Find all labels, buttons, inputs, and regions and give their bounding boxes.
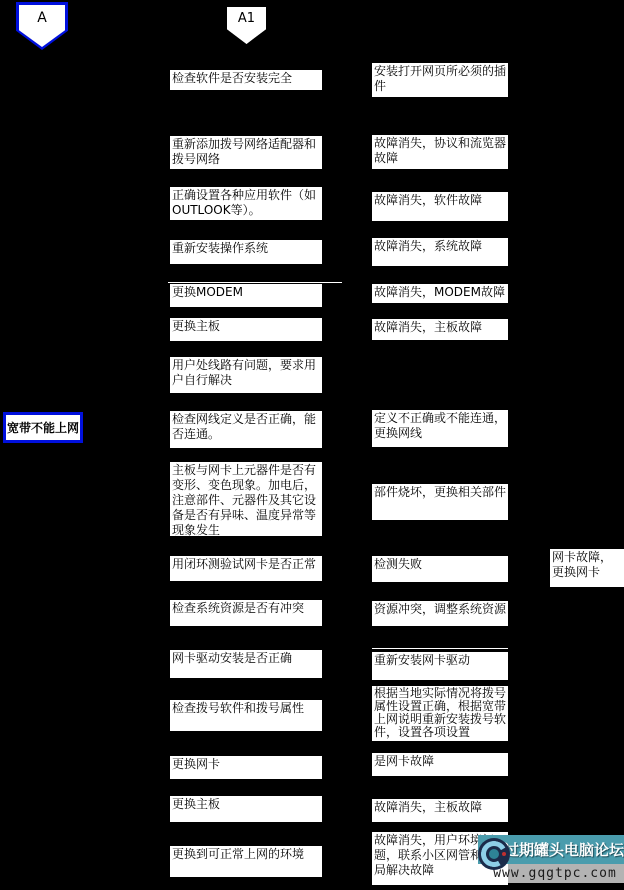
mid-step-7: 用户处线路有问题，要求用户自行解决 bbox=[170, 357, 322, 393]
offpage-connector-a-label: A bbox=[19, 5, 65, 47]
result-12: 根据当地实际情况将拨号属性设置正确，根据宽带上网说明重新安装拨号软件，设置各项设… bbox=[372, 686, 508, 741]
mid-step-16: 更换到可正常上网的环境 bbox=[170, 846, 322, 877]
watermark: 过期罐头电脑论坛 www.gqgtpc.com bbox=[478, 832, 624, 890]
offpage-connector-a: A bbox=[16, 2, 68, 50]
mid-step-12: 网卡驱动安装是否正确 bbox=[170, 650, 322, 678]
watermark-url: www.gqgtpc.com bbox=[486, 864, 624, 883]
result-9: 检测失败 bbox=[372, 556, 508, 582]
root-node-broadband-no-internet: 宽带不能上网 bbox=[3, 412, 83, 443]
mid-step-6: 更换主板 bbox=[170, 318, 322, 341]
mid-step-15: 更换主板 bbox=[170, 796, 322, 822]
mid-step-5: 更换MODEM bbox=[170, 284, 322, 307]
result-1: 安装打开网页所必须的插件 bbox=[372, 63, 508, 97]
lens-c-icon bbox=[478, 838, 510, 870]
result-6: 故障消失，主板故障 bbox=[372, 319, 508, 340]
mid-step-9: 主板与网卡上元器件是否有变形、变色现象。加电后，注意部件、元器件及其它设备是否有… bbox=[170, 462, 322, 536]
mid-step-13: 检查拨号软件和拨号属性 bbox=[170, 700, 322, 731]
result-7: 定义不正确或不能连通，更换网线 bbox=[372, 410, 508, 447]
result-11: 重新安装网卡驱动 bbox=[372, 652, 508, 680]
offpage-connector-a1-label: A1 bbox=[227, 7, 266, 44]
flowchart-canvas: A A1 宽带不能上网 检查软件是否安装完全 重新添加拨号网络适配器和拨号网络 … bbox=[0, 0, 624, 890]
result-3: 故障消失，软件故障 bbox=[372, 192, 508, 221]
mid-step-3: 正确设置各种应用软件（如OUTLOOK等）。 bbox=[170, 187, 322, 220]
result-14: 故障消失，主板故障 bbox=[372, 799, 508, 822]
side-note-nic-fault: 网卡故障，更换网卡 bbox=[550, 549, 624, 587]
result-4: 故障消失，系统故障 bbox=[372, 238, 508, 266]
connector-line bbox=[168, 282, 342, 283]
result-13: 是网卡故障 bbox=[372, 753, 508, 776]
result-2: 故障消失，协议和流览器故障 bbox=[372, 135, 508, 169]
connector-line bbox=[372, 648, 508, 649]
result-10: 资源冲突，调整系统资源 bbox=[372, 601, 508, 626]
result-8: 部件烧坏，更换相关部件 bbox=[372, 484, 508, 520]
mid-step-1: 检查软件是否安装完全 bbox=[170, 70, 322, 90]
offpage-connector-a1: A1 bbox=[227, 7, 266, 44]
mid-step-10: 用闭环测验试网卡是否正常 bbox=[170, 556, 322, 581]
mid-step-14: 更换网卡 bbox=[170, 756, 322, 779]
result-5: 故障消失，MODEM故障 bbox=[372, 284, 508, 303]
mid-step-2: 重新添加拨号网络适配器和拨号网络 bbox=[170, 136, 322, 169]
mid-step-4: 重新安装操作系统 bbox=[170, 240, 322, 264]
mid-step-11: 检查系统资源是否有冲突 bbox=[170, 600, 322, 626]
mid-step-8: 检查网线定义是否正确，能否连通。 bbox=[170, 411, 322, 448]
